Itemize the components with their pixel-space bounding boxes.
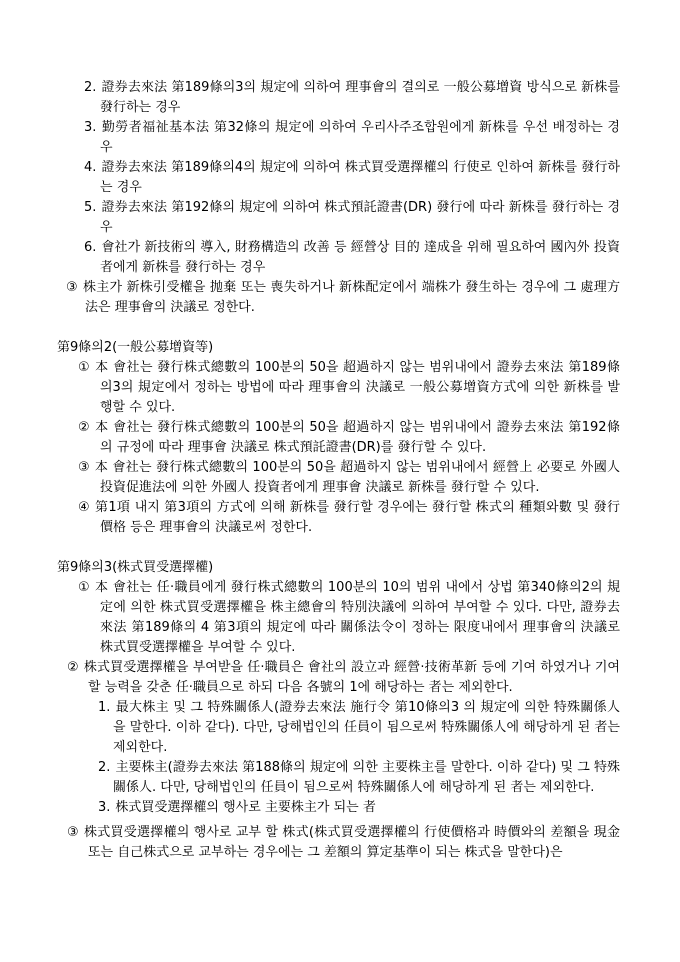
list-item: 3.株式買受選擇權의 행사로 主要株主가 되는 者 bbox=[57, 798, 620, 818]
list-item: 4.證券去來法 第189條의4의 規定에 의하여 株式買受選擇權의 行使로 인하… bbox=[57, 158, 620, 198]
item-marker: 6. bbox=[84, 240, 101, 255]
clause-paragraph: ②株式買受選擇權을 부여받을 任·職員은 會社의 設立과 經營·技術革新 등에 … bbox=[57, 658, 620, 698]
clause-paragraph: ③株主가 新株引受權을 抛棄 또는 喪失하거나 新株配定에서 端株가 發生하는 … bbox=[57, 278, 620, 318]
list-item: 6.會社가 新技術의 導入, 財務構造의 改善 등 經營상 目的 達成을 위해 … bbox=[57, 238, 620, 278]
clause-paragraph: ②本 會社는 發行株式總數의 100분의 50을 超過하지 않는 범위내에서 證… bbox=[57, 418, 620, 458]
item-text: 本 會社는 任·職員에게 發行株式總數의 100분의 10의 범위 내에서 상법… bbox=[95, 580, 620, 655]
list-item: 1.最大株主 및 그 特殊關係人(證券去來法 施行令 第10條의3 의 規定에 … bbox=[57, 698, 620, 758]
clause-paragraph: ①本 會社는 發行株式總數의 100분의 50을 超過하지 않는 범위내에서 證… bbox=[57, 358, 620, 418]
item-text: 會社가 新技術의 導入, 財務構造의 改善 등 經營상 目的 達成을 위해 필요… bbox=[100, 240, 620, 275]
list-item: 3.勤勞者福祉基本法 第32條의 規定에 의하여 우리사주조합원에게 新株를 우… bbox=[57, 118, 620, 158]
item-marker: ③ bbox=[66, 280, 83, 295]
clause-paragraph: ④第1項 내지 第3項의 方式에 의해 新株를 發行할 경우에는 發行할 株式의… bbox=[57, 498, 620, 538]
item-text: 株式買受選擇權을 부여받을 任·職員은 會社의 設立과 經營·技術革新 등에 기… bbox=[84, 660, 620, 695]
item-marker: 2. bbox=[98, 760, 115, 775]
document-page: 2.證券去來法 第189條의3의 規定에 의하여 理事會의 결의로 一般公募增資… bbox=[0, 0, 680, 962]
item-marker: ③ bbox=[67, 825, 84, 840]
item-marker: 3. bbox=[98, 800, 115, 815]
item-marker: ① bbox=[78, 360, 95, 375]
item-marker: 1. bbox=[98, 700, 115, 715]
document-body: 2.證券去來法 第189條의3의 規定에 의하여 理事會의 결의로 一般公募增資… bbox=[57, 78, 620, 863]
item-text: 株式買受選擇權의 행사로 교부 할 株式(株式買受選擇權의 行使價格과 時價와의… bbox=[84, 825, 620, 860]
item-marker: ① bbox=[78, 580, 95, 595]
item-text: 本 會社는 發行株式總數의 100분의 50을 超過하지 않는 범위내에서 證券… bbox=[95, 420, 620, 455]
item-marker: ④ bbox=[78, 500, 95, 515]
item-marker: 5. bbox=[84, 200, 101, 215]
item-marker: ② bbox=[67, 660, 84, 675]
item-text: 本 會社는 發行株式總數의 100분의 50을 超過하지 않는 범위내에서 經營… bbox=[95, 460, 620, 495]
list-item: 5.證券去來法 第192條의 規定에 의하여 株式預託證書(DR) 發行에 따라… bbox=[57, 198, 620, 238]
article-title: 第9條의3(株式買受選擇權) bbox=[57, 558, 620, 578]
item-marker: 3. bbox=[84, 120, 101, 135]
item-text: 證券去來法 第189條의3의 規定에 의하여 理事會의 결의로 一般公募增資 방… bbox=[100, 80, 620, 115]
item-text: 證券去來法 第192條의 規定에 의하여 株式預託證書(DR) 發行에 따라 新… bbox=[100, 200, 620, 235]
item-marker: 4. bbox=[84, 160, 101, 175]
item-text: 第1項 내지 第3項의 方式에 의해 新株를 發行할 경우에는 發行할 株式의 … bbox=[95, 500, 620, 535]
item-text: 證券去來法 第189條의4의 規定에 의하여 株式買受選擇權의 行使로 인하여 … bbox=[100, 160, 620, 195]
list-item: 2.主要株主(證券去來法 第188條의 規定에 의한 主要株主를 말한다. 이하… bbox=[57, 758, 620, 798]
item-text: 主要株主(證券去來法 第188條의 規定에 의한 主要株主를 말한다. 이하 같… bbox=[113, 760, 620, 795]
item-text: 最大株主 및 그 特殊關係人(證券去來法 施行令 第10條의3 의 規定에 의한… bbox=[113, 700, 620, 755]
item-text: 株式買受選擇權의 행사로 主要株主가 되는 者 bbox=[115, 800, 375, 815]
clause-paragraph: ①本 會社는 任·職員에게 發行株式總數의 100분의 10의 범위 내에서 상… bbox=[57, 578, 620, 658]
item-marker: ③ bbox=[78, 460, 95, 475]
clause-paragraph: ③株式買受選擇權의 행사로 교부 할 株式(株式買受選擇權의 行使價格과 時價와… bbox=[57, 823, 620, 863]
list-item: 2.證券去來法 第189條의3의 規定에 의하여 理事會의 결의로 一般公募增資… bbox=[57, 78, 620, 118]
article-title: 第9條의2(一般公募增資等) bbox=[57, 338, 620, 358]
item-text: 株主가 新株引受權을 抛棄 또는 喪失하거나 新株配定에서 端株가 發生하는 경… bbox=[83, 280, 620, 315]
item-text: 勤勞者福祉基本法 第32條의 規定에 의하여 우리사주조합원에게 新株를 우선 … bbox=[100, 120, 620, 155]
item-marker: ② bbox=[78, 420, 95, 435]
item-text: 本 會社는 發行株式總數의 100분의 50을 超過하지 않는 범위내에서 證券… bbox=[95, 360, 620, 415]
clause-paragraph: ③本 會社는 發行株式總數의 100분의 50을 超過하지 않는 범위내에서 經… bbox=[57, 458, 620, 498]
item-marker: 2. bbox=[84, 80, 101, 95]
